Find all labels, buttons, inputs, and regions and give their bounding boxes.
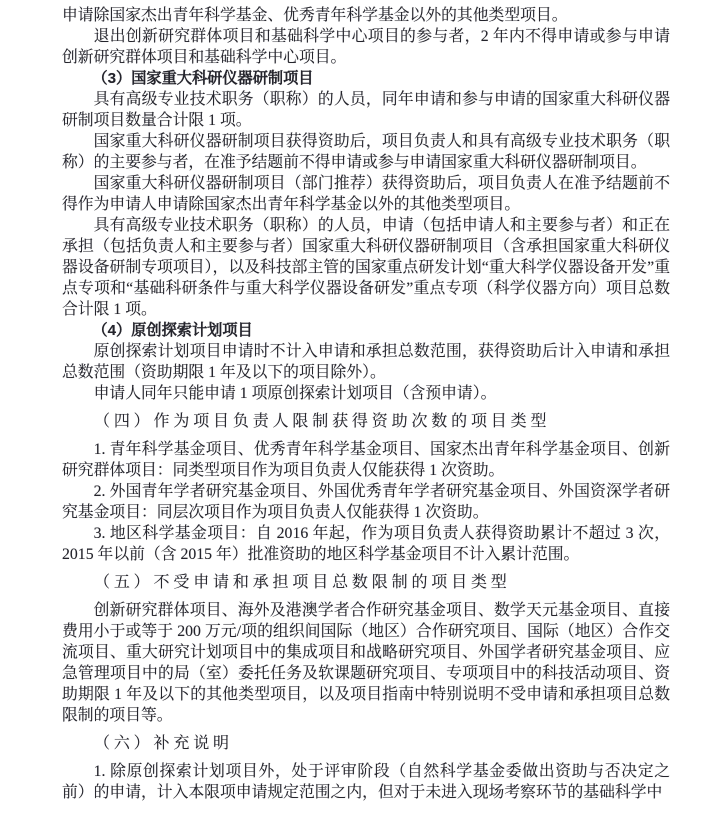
paragraph: 申请人同年只能申请 1 项原创探索计划项目（含预申请）。: [62, 383, 670, 404]
paragraph: 2. 外国青年学者研究基金项目、外国优秀青年学者研究基金项目、外国资深学者研究基…: [62, 481, 670, 523]
section-heading-wu: （五）不受申请和承担项目总数限制的项目类型: [62, 572, 670, 593]
paragraph: 原创探索计划项目申请时不计入申请和承担总数范围，获得资助后计入申请和承担总数范围…: [62, 341, 670, 383]
paragraph: 国家重大科研仪器研制项目（部门推荐）获得资助后，项目负责人在准予结题前不得作为申…: [62, 173, 670, 215]
paragraph: 创新研究群体项目、海外及港澳学者合作研究基金项目、数学天元基金项目、直接费用小于…: [62, 600, 670, 726]
section-heading-3: （3）国家重大科研仪器研制项目: [62, 68, 670, 89]
paragraph: 具有高级专业技术职务（职称）的人员，同年申请和参与申请的国家重大科研仪器研制项目…: [62, 89, 670, 131]
paragraph: 具有高级专业技术职务（职称）的人员，申请（包括申请人和主要参与者）和正在承担（包…: [62, 215, 670, 320]
section-heading-liu: （六）补充说明: [62, 733, 670, 754]
paragraph: 3. 地区科学基金项目：自 2016 年起，作为项目负责人获得资助累计不超过 3…: [62, 523, 670, 565]
paragraph: 国家重大科研仪器研制项目获得资助后，项目负责人和具有高级专业技术职务（职称）的主…: [62, 131, 670, 173]
paragraph: 1. 除原创探索计划项目外，处于评审阶段（自然科学基金委做出资助与否决定之前）的…: [62, 761, 670, 803]
paragraph: 退出创新研究群体项目和基础科学中心项目的参与者，2 年内不得申请或参与申请创新研…: [62, 26, 670, 68]
section-heading-4: （4）原创探索计划项目: [62, 320, 670, 341]
paragraph-continued: 申请除国家杰出青年科学基金、优秀青年科学基金以外的其他类型项目。: [62, 5, 670, 26]
document-page: 申请除国家杰出青年科学基金、优秀青年科学基金以外的其他类型项目。退出创新研究群体…: [0, 0, 726, 816]
section-heading-si: （四）作为项目负责人限制获得资助次数的项目类型: [62, 411, 670, 432]
paragraph: 1. 青年科学基金项目、优秀青年科学基金项目、国家杰出青年科学基金项目、创新研究…: [62, 439, 670, 481]
